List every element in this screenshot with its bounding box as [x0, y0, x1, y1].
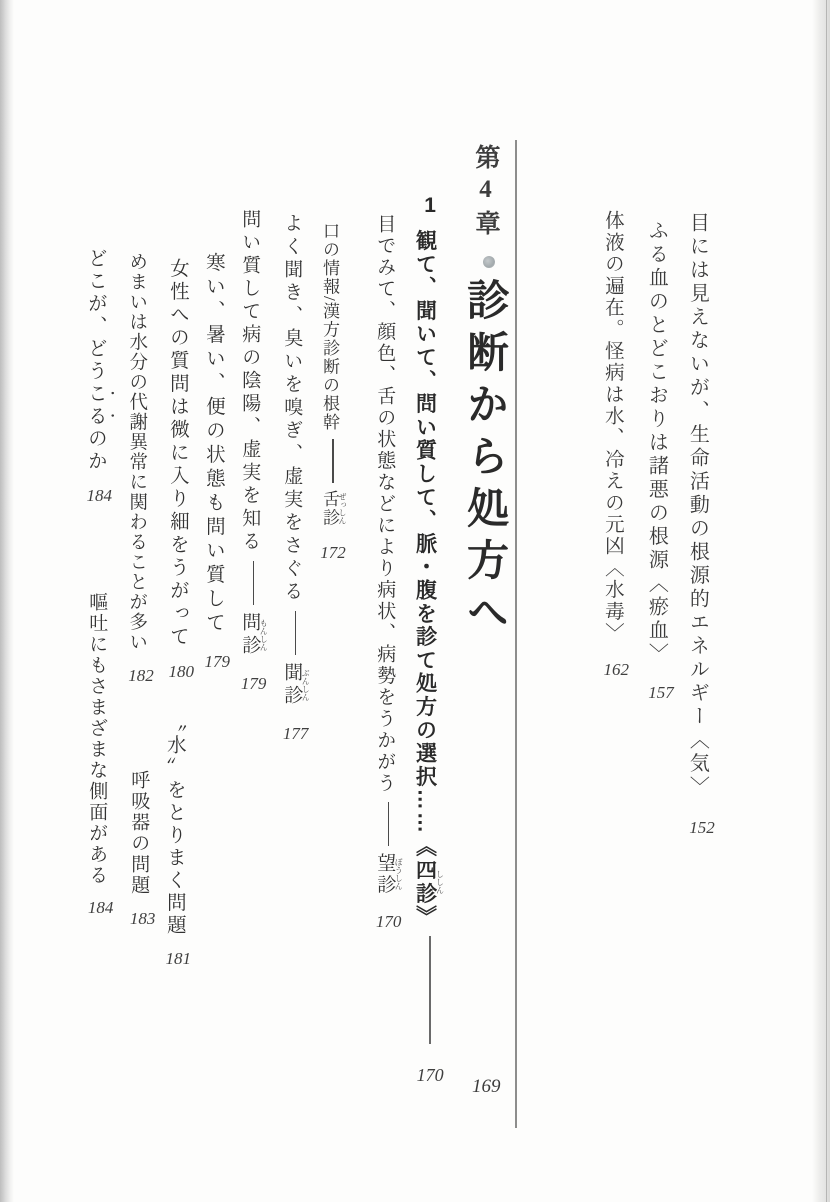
entry-pagenum: 162: [604, 660, 630, 679]
toc-entry-monshin: 問い質して病の陰陽、虚実を知る問診もんしん179: [239, 209, 268, 693]
entry-text: 問い質して病の陰陽、虚実を知る: [239, 209, 260, 554]
scan-edge-line: [826, 0, 827, 1202]
section-heading: 1観て、聞いて、問い質して、脈・腹を診て処方の選択……《四診ししん》170: [413, 194, 444, 1085]
entry-pagenum: 152: [689, 818, 715, 837]
section-pagenum: 170: [417, 1065, 444, 1085]
toc-entry-memai: めまいは水分の代謝異常に関わることが多い182: [126, 252, 154, 685]
entry-pagenum: 177: [283, 724, 309, 743]
toc-entry-josei: 女性への質問は微に入り細をうがって180: [166, 258, 194, 681]
entry-pagenum: 181: [166, 949, 192, 968]
section-title: 観て、聞いて、問い質して、脈・腹を診て処方の選択……《: [414, 230, 437, 859]
entry-pagenum: 184: [87, 486, 113, 505]
entry-text: 目でみて、顔色、舌の状態などにより病状、病勢をうかがう: [374, 214, 395, 795]
chapter-heading: 第4章診断から処方へ: [462, 144, 509, 642]
section-term: 四診ししん: [414, 859, 437, 906]
leader-line: [388, 802, 390, 846]
scan-edge-right: [812, 0, 830, 1202]
entry-text: めまいは水分の代謝異常に関わることが多い: [127, 252, 147, 652]
section-term-ruby: ししん: [436, 859, 445, 906]
entry-pagenum: 183: [130, 909, 156, 928]
leader-line: [253, 561, 255, 605]
emphasized-text: こる: [85, 383, 106, 428]
chapter-label: 第4章: [472, 144, 499, 242]
toc-entry-kokyuki: 呼吸器の問題183: [128, 770, 155, 928]
entry-pagenum: 172: [320, 543, 346, 562]
entry-pagenum: 179: [205, 652, 231, 671]
entry-text: 嘔吐にもさまざまな側面がある: [86, 592, 107, 886]
leader-line: [332, 439, 334, 483]
toc-entry-bunshin: よく聞き、臭いを嗅ぎ、虚実をさぐる聞診ぶんしん177: [281, 213, 310, 743]
leader-line: [295, 611, 297, 655]
entry-text: どこが、どうこるのか: [85, 248, 106, 473]
book-page: 目には見えないが、生命活動の根源的エネルギー〈気〉152 ふる血のとどこおりは諸…: [0, 0, 830, 1202]
entry-text: 呼吸器の問題: [128, 770, 149, 896]
toc-entry-suidoku: 体液の遍在。怪病は水、冷えの元凶〈水毒〉162: [601, 210, 629, 679]
entry-text: 体液の遍在。怪病は水、冷えの元凶〈水毒〉: [602, 210, 623, 644]
entry-term: 望診ぼうしん: [374, 853, 395, 896]
entry-text: 口の情報/漢方診断の根幹: [320, 222, 339, 432]
entry-text: 目には見えないが、生命活動の根源的エネルギー〈気〉: [686, 212, 708, 800]
toc-entry-boshin: 目でみて、顔色、舌の状態などにより病状、病勢をうかがう望診ぼうしん170: [374, 214, 403, 931]
entry-pagenum: 184: [88, 898, 114, 917]
section-number: 1: [424, 194, 436, 218]
toc-entry-ki: 目には見えないが、生命活動の根源的エネルギー〈気〉152: [686, 212, 715, 837]
entry-pagenum: 180: [169, 662, 195, 681]
leader-line: [429, 936, 431, 1044]
toc-entry-samui: 寒い、暑い、便の状態も問い質して179: [202, 252, 230, 671]
entry-text: ふる血のとどこおりは諸悪の根源〈瘀血〉: [645, 220, 667, 667]
chapter-title: 診断から処方へ: [462, 278, 509, 642]
entry-pagenum: 182: [128, 666, 154, 685]
entry-text: 寒い、暑い、便の状態も問い質して: [203, 252, 224, 636]
entry-pagenum: 179: [241, 674, 267, 693]
entry-text: 〝水〟をとりまく問題: [164, 712, 185, 937]
toc-entry-outo: 嘔吐にもさまざまな側面がある184: [86, 592, 113, 917]
toc-entry-zesshin: 口の情報/漢方診断の根幹舌診ぜっしん172: [320, 222, 347, 562]
entry-term: 舌診ぜっしん: [320, 490, 339, 527]
entry-pagenum: 157: [648, 683, 674, 702]
toc-entry-mizu: 〝水〟をとりまく問題181: [163, 712, 191, 968]
entry-term: 問診もんしん: [239, 612, 260, 658]
chapter-bullet-icon: [483, 256, 495, 268]
entry-text: よく聞き、臭いを嗅ぎ、虚実をさぐる: [281, 213, 302, 604]
entry-term: 聞診ぶんしん: [281, 662, 302, 708]
toc-entry-oketsu: ふる血のとどこおりは諸悪の根源〈瘀血〉157: [645, 220, 674, 702]
entry-text: 女性への質問は微に入り細をうがって: [167, 258, 188, 649]
toc-entry-dokoga: どこが、どうこるのか184: [84, 248, 117, 505]
chapter-divider-rule: [515, 140, 517, 1128]
page-number: 169: [472, 1076, 501, 1098]
scan-edge-left: [0, 0, 14, 1202]
entry-pagenum: 170: [376, 912, 402, 931]
